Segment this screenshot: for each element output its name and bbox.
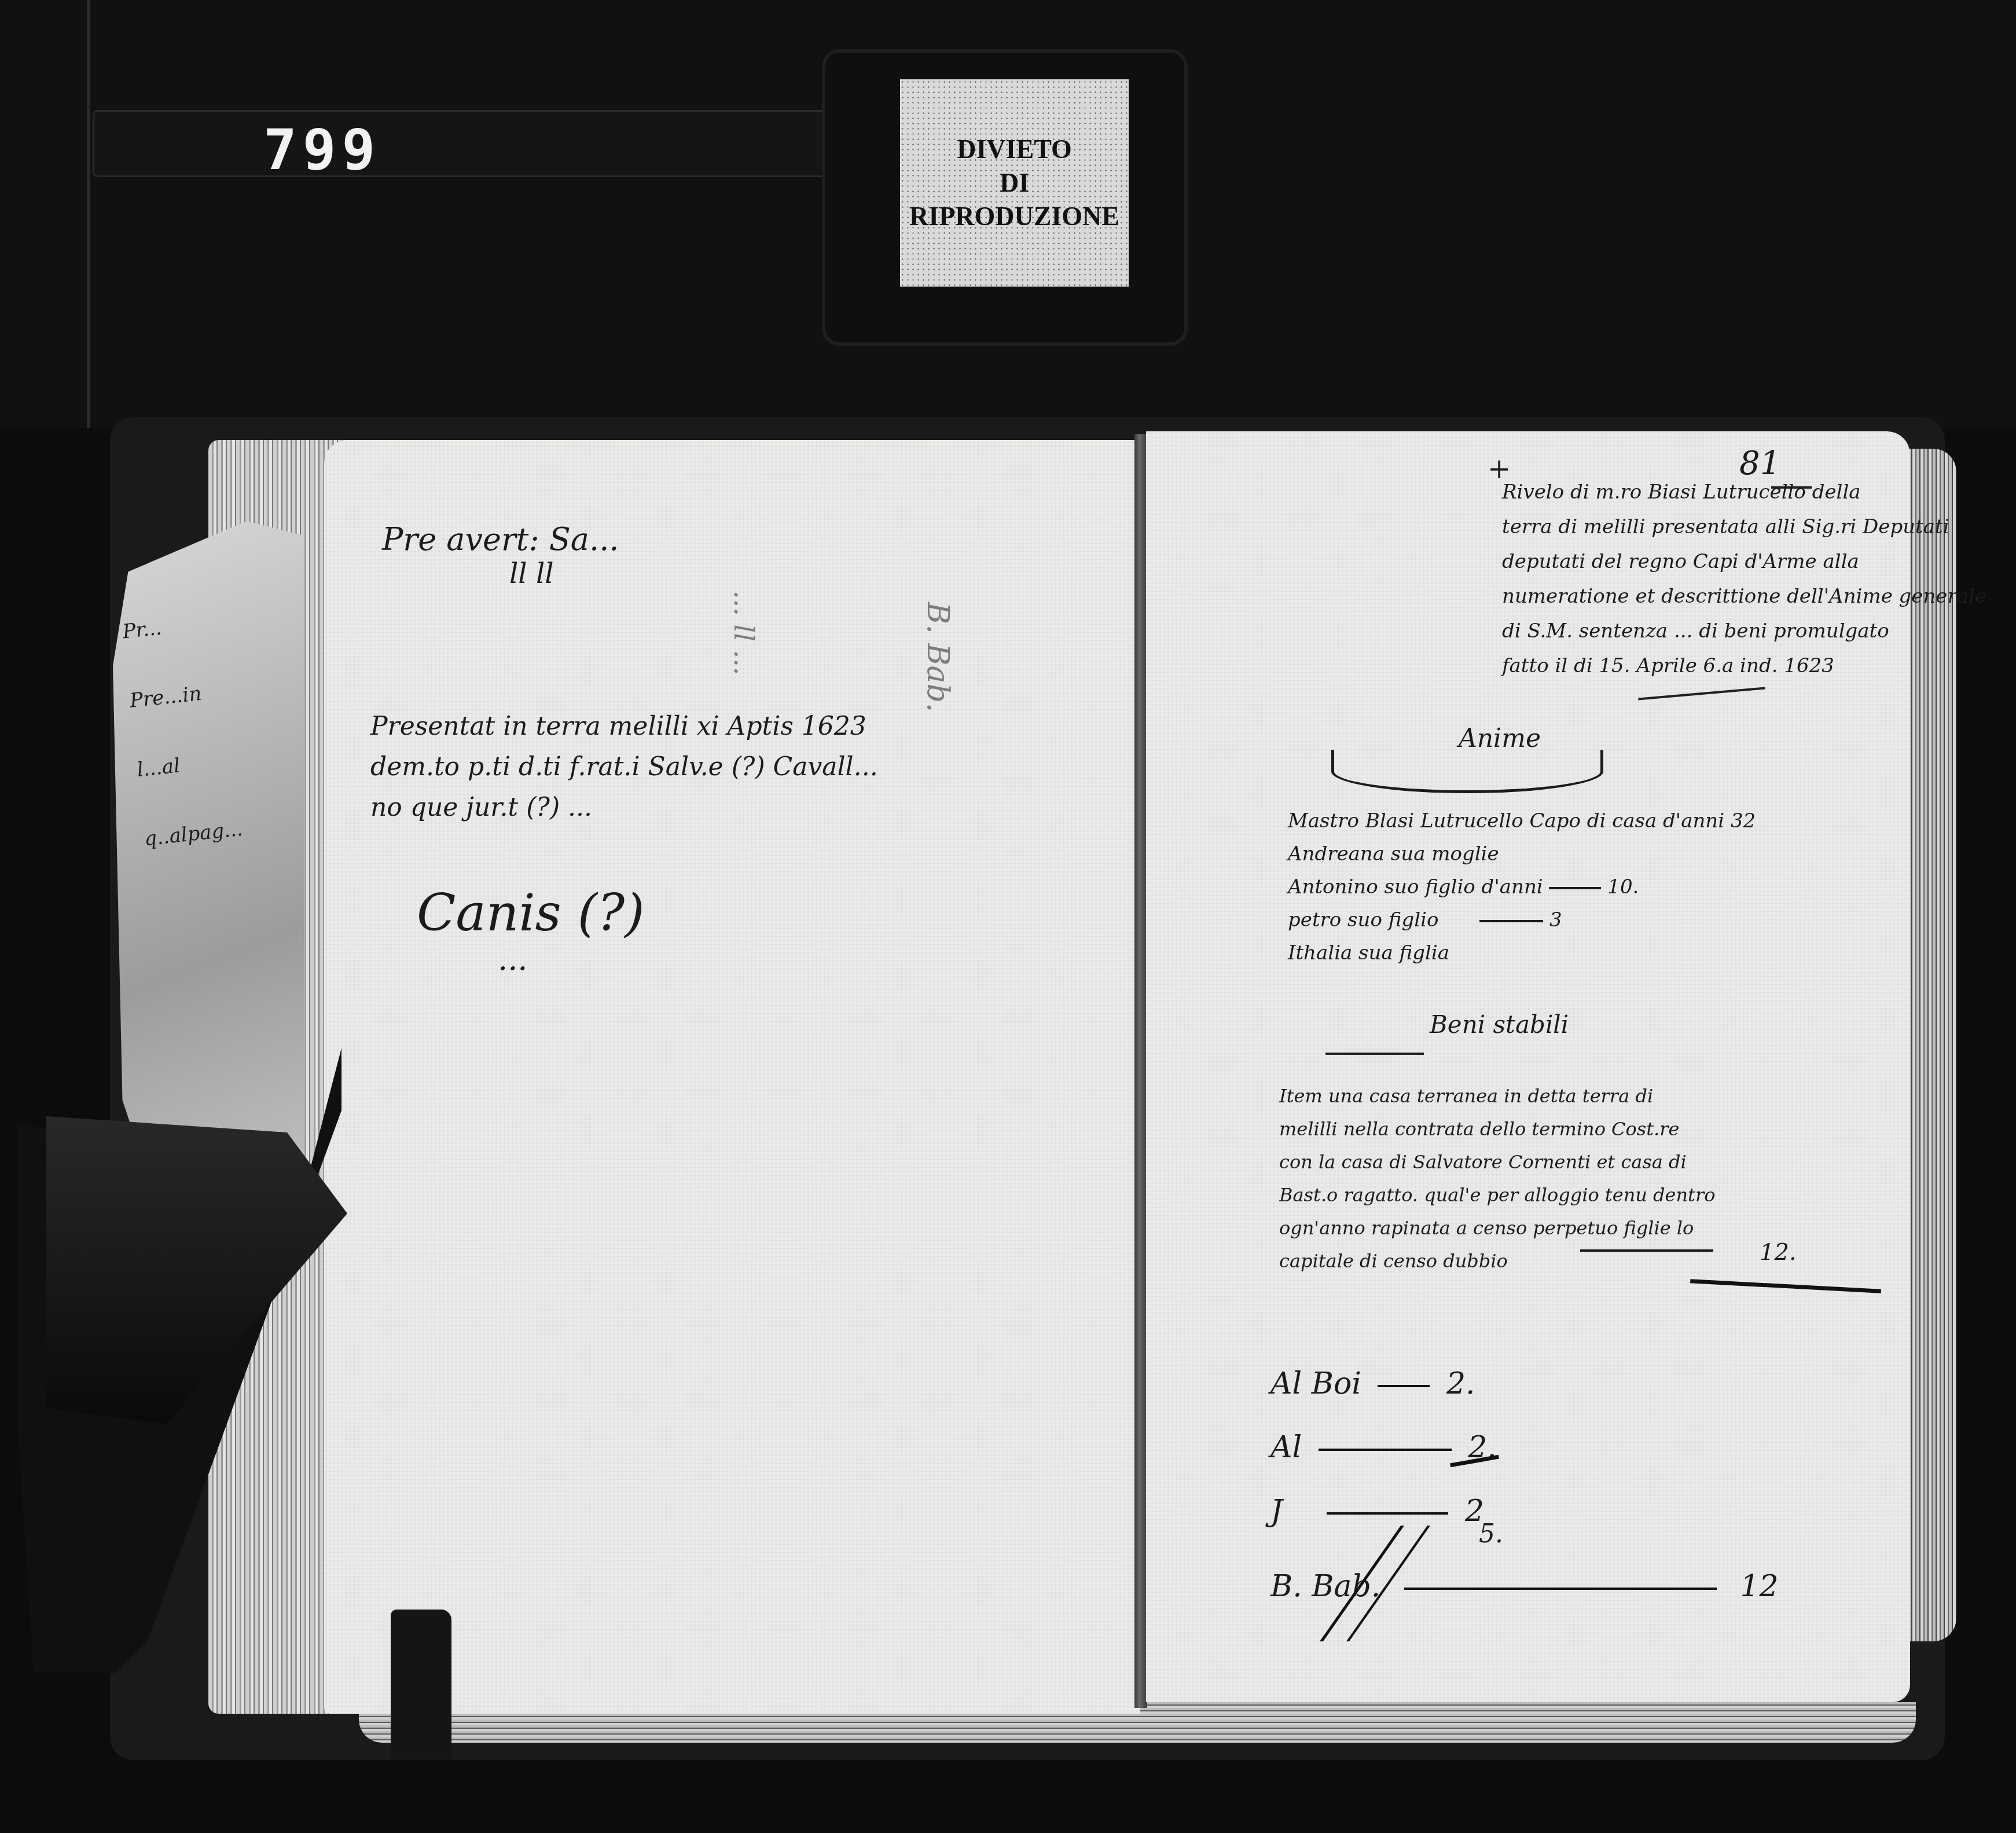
member-age: 10. — [1607, 875, 1639, 899]
household-members-list: Mastro Blasi Lutrucello Capo di casa d'a… — [1288, 805, 1756, 970]
entry-line-2: dem.to p.ti d.ti f.rat.i Salv.e (?) Cava… — [370, 747, 878, 787]
header-line-2: terra di melilli presentata alli Sig.ri … — [1502, 509, 1986, 544]
stamp-line-2: DI — [1000, 166, 1029, 200]
top-note-marks: ll ll — [382, 558, 619, 590]
property-description: Item una casa terranea in detta terra di… — [1279, 1080, 1715, 1278]
member-age: 32 — [1731, 809, 1756, 833]
household-member: petro suo figlio 3 — [1288, 904, 1756, 937]
declaration-header: Rivelo di m.ro Biasi Lutrucello della te… — [1502, 475, 1986, 683]
property-value: 12. — [1760, 1239, 1797, 1266]
anime-title-flourish — [1331, 750, 1603, 793]
tax-label: Al Boi — [1270, 1366, 1361, 1401]
entry-line-1: Presentat in terra melilli xi Aptis 1623 — [370, 706, 878, 747]
bleedthrough-text-2: B. Bab. — [920, 602, 955, 712]
loose-line-3: l...al — [134, 724, 256, 805]
header-line-6: fatto il di 15. Aprile 6.a ind. 1623 — [1502, 648, 1986, 683]
header-line-3: deputati del regno Capi d'Arme alla — [1502, 544, 1986, 579]
property-line-3: con la casa di Salvatore Cornenti et cas… — [1279, 1146, 1715, 1179]
header-line-5: di S.M. sentenza ... di beni promulgato — [1502, 614, 1986, 648]
entry-line-3: no que jur.t (?) ... — [370, 787, 878, 828]
header-line-4: numeratione et descrittione dell'Anime g… — [1502, 579, 1986, 614]
member-description: Andreana sua moglie — [1288, 842, 1499, 866]
member-description: Antonino suo figlio d'anni — [1288, 875, 1543, 899]
box-frame-edge — [87, 0, 90, 428]
presentation-entry: Presentat in terra melilli xi Aptis 1623… — [370, 706, 878, 828]
top-note-text: Pre avert: Sa... — [382, 521, 619, 558]
property-value-leader — [1580, 1249, 1713, 1252]
tax-label: Al — [1270, 1430, 1302, 1465]
tax-summary: Al Boi 2. Al 2. J 2 5. B. Bab. 12 — [1270, 1352, 1779, 1618]
reproduction-prohibited-stamp: DIVIETO DI RIPRODUZIONE — [900, 79, 1129, 287]
section-title-beni-stabili: Beni stabili — [1430, 1010, 1569, 1039]
header-line-1: Rivelo di m.ro Biasi Lutrucello della — [1502, 475, 1986, 509]
member-description: petro suo figlio — [1288, 908, 1438, 932]
household-member: Andreana sua moglie — [1288, 838, 1756, 871]
tax-row: J 2 5. — [1270, 1479, 1779, 1543]
section-title-anime: Anime — [1459, 724, 1541, 753]
tax-value: 2. — [1446, 1366, 1475, 1401]
age-dash — [1549, 887, 1601, 889]
tax-value: 12 — [1740, 1569, 1778, 1604]
inventory-number: 799 — [263, 118, 379, 173]
loose-line-1: Pr... — [119, 585, 241, 666]
stamp-line-3: RIPRODUZIONE — [909, 200, 1119, 233]
property-line-2: melilli nella contrata dello termino Cos… — [1279, 1113, 1715, 1146]
tax-leader — [1404, 1588, 1717, 1590]
property-line-1: Item una casa terranea in detta terra di — [1279, 1080, 1715, 1113]
inventory-label-holder — [93, 110, 895, 177]
stamp-line-1: DIVIETO — [957, 133, 1072, 166]
property-line-5: ogn'anno rapinata a censo perpetuo figli… — [1279, 1212, 1715, 1245]
household-member: Mastro Blasi Lutrucello Capo di casa d'a… — [1288, 805, 1756, 838]
page-weight — [391, 1610, 451, 1760]
signature-flourish: ... — [498, 941, 528, 977]
tax-row: Al 2. — [1270, 1416, 1779, 1479]
tax-row: Al Boi 2. — [1270, 1352, 1779, 1416]
tax-leader — [1378, 1385, 1430, 1387]
member-description: Mastro Blasi Lutrucello Capo di casa d'a… — [1288, 809, 1724, 833]
tax-leader — [1327, 1512, 1448, 1515]
tax-leader — [1319, 1449, 1452, 1451]
member-description: Ithalia sua figlia — [1288, 941, 1449, 965]
bleedthrough-text-1: ... ll ... — [712, 591, 776, 675]
household-member: Ithalia sua figlia — [1288, 937, 1756, 970]
age-dash — [1479, 920, 1543, 922]
property-line-4: Bast.o ragatto. qual'e per alloggio tenu… — [1279, 1179, 1715, 1212]
beni-title-underline — [1325, 1053, 1424, 1055]
tax-label: J — [1270, 1494, 1283, 1528]
member-age: 3 — [1549, 908, 1562, 932]
tax-subtotal: 5. — [1479, 1502, 1503, 1566]
household-member: Antonino suo figlio d'anni 10. — [1288, 871, 1756, 904]
notary-signature: Canis (?) — [417, 883, 645, 943]
book-spine-gutter — [1134, 434, 1147, 1708]
loose-line-2: Pre...in — [126, 654, 248, 735]
loose-line-4: q..alpag... — [141, 793, 263, 874]
left-page-top-note: Pre avert: Sa... ll ll — [382, 521, 619, 590]
